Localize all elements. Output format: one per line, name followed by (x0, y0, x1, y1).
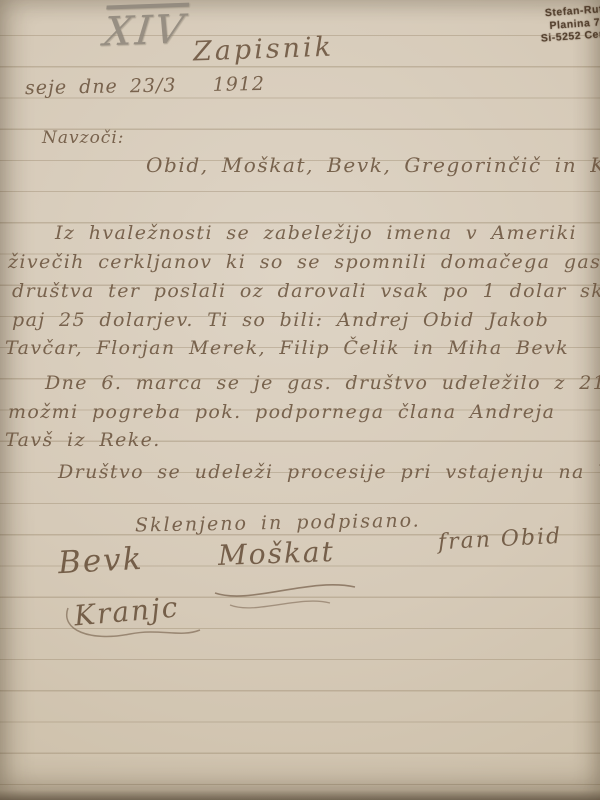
body-line: društva ter poslali oz darovali vsak po … (12, 280, 600, 302)
body-line: Tavš iz Reke. (5, 429, 161, 451)
signature-flourish (210, 575, 360, 615)
body-line: živečih cerkljanov ki so se spomnili dom… (8, 251, 600, 273)
closing-line: Sklenjeno in podpisano. (135, 510, 421, 537)
body-line: Dne 6. marca se je gas. društvo udeležil… (45, 372, 600, 394)
signature-fran-obid: fran Obid (437, 524, 562, 555)
body-line: Tavčar, Florjan Merek, Filip Čelik in Mi… (5, 337, 569, 359)
body-line: paj 25 dolarjev. Ti so bili: Andrej Obid… (12, 309, 549, 331)
manuscript-page: Stefan-Ruta Planina 78 Si-5252 Cerkn XIV… (0, 0, 600, 800)
document-title: Zapisnik (193, 32, 335, 68)
attendees-label: Navzoči: (42, 128, 125, 148)
body-line: možmi pogreba pok. podpornega člana Andr… (8, 401, 555, 423)
ownership-stamp: Stefan-Ruta Planina 78 Si-5252 Cerkn (539, 2, 600, 45)
body-line: Iz hvaležnosti se zabeležijo imena v Ame… (55, 222, 577, 244)
signature-moskat: Moškat (217, 535, 335, 572)
date-line: seje dne 23/3 1912 (25, 73, 265, 99)
attendees-names: Obid, Moškat, Bevk, Gregorinčič in Kranj… (146, 153, 600, 177)
body-line: Društvo se udeleži procesije pri vstajen… (58, 461, 600, 483)
signature-bevk: Bevk (57, 541, 144, 581)
folio-number-pencil: XIV (101, 7, 188, 56)
signature-kranjc: Kranjc (73, 590, 181, 632)
